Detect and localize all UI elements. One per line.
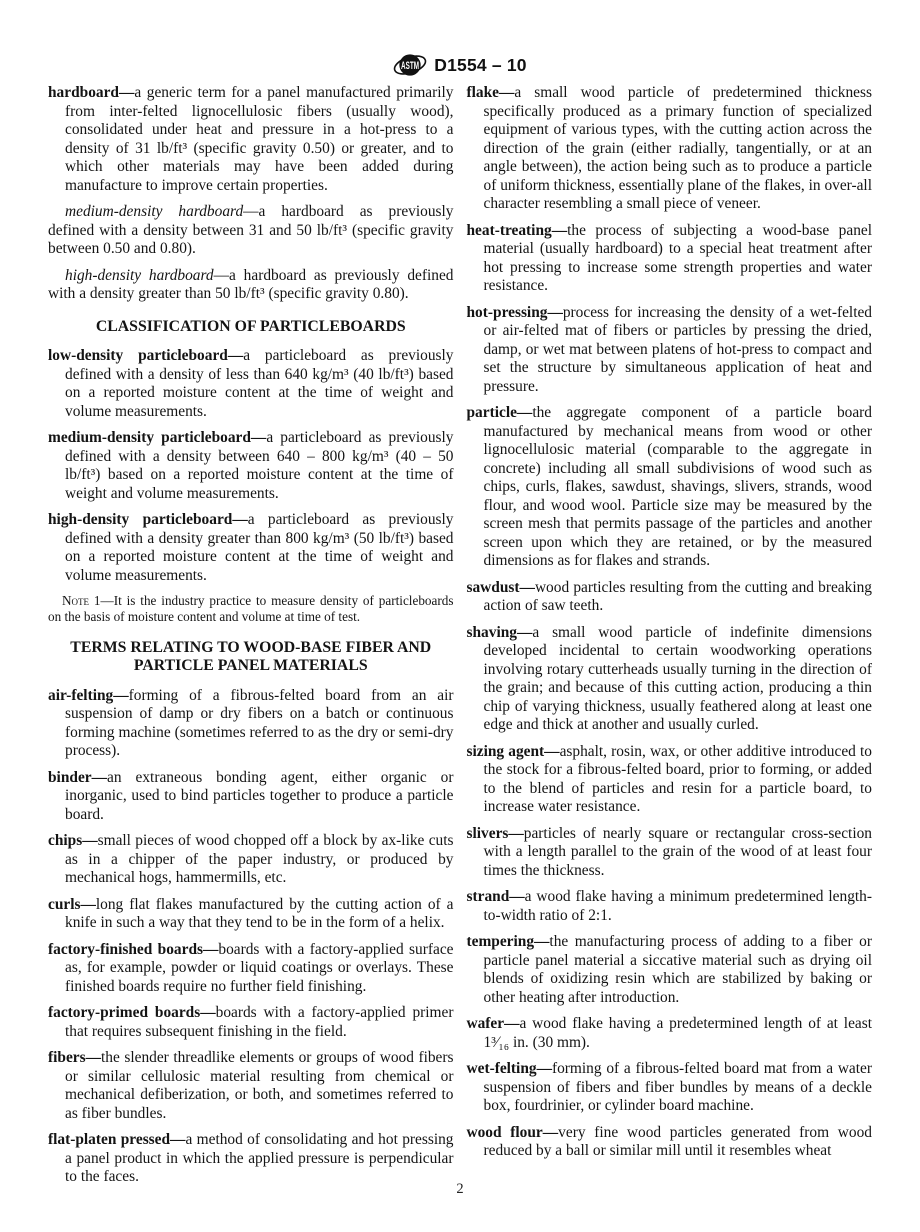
entry-sawdust: sawdust—wood particles resulting from th…	[467, 579, 873, 616]
entry-term: factory-primed boards—	[48, 1004, 216, 1021]
note-1: Note 1—It is the industry practice to me…	[48, 593, 454, 625]
entry-definition: a wood flake having a minimum predetermi…	[484, 888, 873, 924]
entry-term: flake—	[467, 84, 515, 101]
note-text: —It is the industry practice to measure …	[48, 593, 454, 624]
entry-term: fibers—	[48, 1049, 101, 1066]
entry-definition: a small wood particle of indefinite dime…	[484, 624, 873, 734]
entry-term: hardboard—	[48, 84, 134, 101]
entry-definition: particles of nearly square or rectangula…	[484, 825, 873, 879]
entry-strand: strand—a wood flake having a minimum pre…	[467, 888, 873, 925]
entry-term: curls—	[48, 896, 96, 913]
entry-term: sizing agent—	[467, 743, 560, 760]
astm-logo-icon: ASTM	[393, 50, 427, 80]
two-column-body: hardboard—a generic term for a panel man…	[48, 84, 872, 1195]
entry-term: heat-treating—	[467, 222, 568, 239]
left-column: hardboard—a generic term for a panel man…	[48, 84, 454, 1195]
entry-binder: binder—an extraneous bonding agent, eith…	[48, 769, 454, 825]
entry-particle: particle—the aggregate component of a pa…	[467, 404, 873, 571]
entry-definition: the aggregate component of a particle bo…	[484, 404, 873, 569]
entry-heat-treating: heat-treating—the process of subjecting …	[467, 222, 873, 296]
entry-factory-primed-boards: factory-primed boards—boards with a fact…	[48, 1004, 454, 1041]
entry-term: high-density hardboard	[65, 267, 214, 284]
entry-term: slivers—	[467, 825, 524, 842]
entry-medium-density-hardboard: medium-density hardboard—a hardboard as …	[48, 203, 454, 259]
entry-hot-pressing: hot-pressing—process for increasing the …	[467, 304, 873, 397]
doc-code: D1554 – 10	[434, 55, 527, 76]
section-heading-classification: CLASSIFICATION OF PARTICLEBOARDS	[56, 318, 446, 337]
right-column: flake—a small wood particle of predeterm…	[467, 84, 873, 1195]
entry-wafer: wafer—a wood flake having a predetermine…	[467, 1015, 873, 1052]
document-page: ASTM D1554 – 10 hardboard—a generic term…	[0, 0, 920, 1232]
entry-slivers: slivers—particles of nearly square or re…	[467, 825, 873, 881]
entry-definition: the slender threadlike elements or group…	[65, 1049, 454, 1122]
entry-term: tempering—	[467, 933, 550, 950]
entry-definition: a wood flake having a predetermined leng…	[484, 1015, 873, 1051]
entry-term: particle—	[467, 404, 533, 421]
entry-term: wood flour—	[467, 1124, 559, 1141]
entry-term: wet-felting—	[467, 1060, 552, 1077]
entry-tempering: tempering—the manufacturing process of a…	[467, 933, 873, 1007]
entry-wood-flour: wood flour—very fine wood particles gene…	[467, 1124, 873, 1161]
entry-term: sawdust—	[467, 579, 535, 596]
entry-high-density-hardboard: high-density hardboard—a hardboard as pr…	[48, 267, 454, 304]
entry-definition: long flat flakes manufactured by the cut…	[65, 896, 454, 932]
entry-term: chips—	[48, 832, 98, 849]
entry-medium-density-particleboard: medium-density particleboard—a particleb…	[48, 429, 454, 503]
entry-factory-finished-boards: factory-finished boards—boards with a fa…	[48, 941, 454, 997]
entry-sizing-agent: sizing agent—asphalt, rosin, wax, or oth…	[467, 743, 873, 817]
entry-term: air-felting—	[48, 687, 129, 704]
entry-flat-platen-pressed: flat-platen pressed—a method of consolid…	[48, 1131, 454, 1187]
entry-hardboard: hardboard—a generic term for a panel man…	[48, 84, 454, 195]
note-label: Note 1	[62, 593, 101, 608]
entry-flake: flake—a small wood particle of predeterm…	[467, 84, 873, 214]
entry-shaving: shaving—a small wood particle of indefin…	[467, 624, 873, 735]
entry-term: wafer—	[467, 1015, 520, 1032]
entry-high-density-particleboard: high-density particleboard—a particleboa…	[48, 511, 454, 585]
entry-term: factory-finished boards—	[48, 941, 218, 958]
entry-air-felting: air-felting—forming of a fibrous-felted …	[48, 687, 454, 761]
entry-fibers: fibers—the slender threadlike elements o…	[48, 1049, 454, 1123]
entry-term: strand—	[467, 888, 525, 905]
entry-term: medium-density particleboard—	[48, 429, 266, 446]
entry-low-density-particleboard: low-density particleboard—a particleboar…	[48, 347, 454, 421]
entry-definition: small pieces of wood chopped off a block…	[65, 832, 454, 886]
section-heading-terms: TERMS RELATING TO WOOD-BASE FIBER AND PA…	[56, 639, 446, 676]
entry-definition: wood particles resulting from the cuttin…	[484, 579, 873, 615]
entry-definition: a small wood particle of predetermined t…	[484, 84, 873, 212]
entry-term: flat-platen pressed—	[48, 1131, 185, 1148]
page-number: 2	[456, 1181, 463, 1197]
entry-term: low-density particleboard—	[48, 347, 243, 364]
svg-text:ASTM: ASTM	[401, 60, 419, 72]
entry-term: high-density particleboard—	[48, 511, 248, 528]
page-footer: 2	[0, 1181, 920, 1198]
entry-term: shaving—	[467, 624, 533, 641]
entry-term: hot-pressing—	[467, 304, 563, 321]
entry-chips: chips—small pieces of wood chopped off a…	[48, 832, 454, 888]
entry-wet-felting: wet-felting—forming of a fibrous-felted …	[467, 1060, 873, 1116]
entry-term: medium-density hardboard	[65, 203, 243, 220]
entry-term: binder—	[48, 769, 107, 786]
document-header: ASTM D1554 – 10	[0, 48, 920, 82]
entry-definition: an extraneous bonding agent, either orga…	[65, 769, 454, 823]
entry-curls: curls—long flat flakes manufactured by t…	[48, 896, 454, 933]
